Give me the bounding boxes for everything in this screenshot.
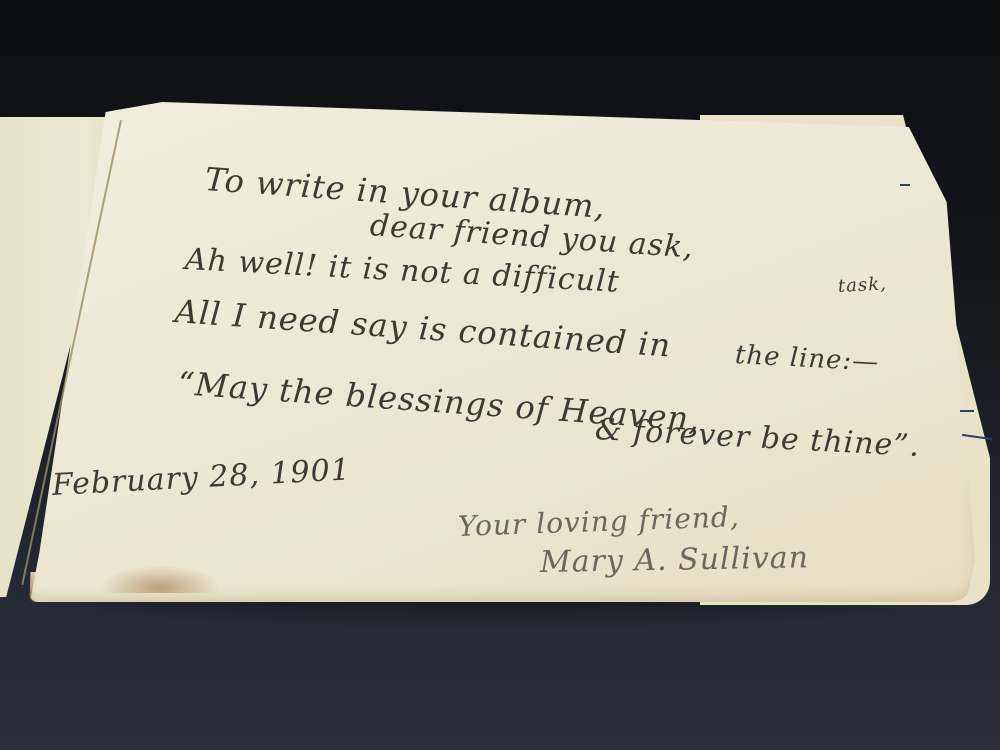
edge-ink-mark (960, 410, 974, 412)
signature: Mary A. Sullivan (540, 540, 810, 580)
page-stain (100, 565, 220, 593)
photo-scene: To write in your album, dear friend you … (0, 0, 1000, 750)
inscription-line-4: task, (837, 273, 887, 297)
edge-ink-mark (900, 184, 910, 186)
